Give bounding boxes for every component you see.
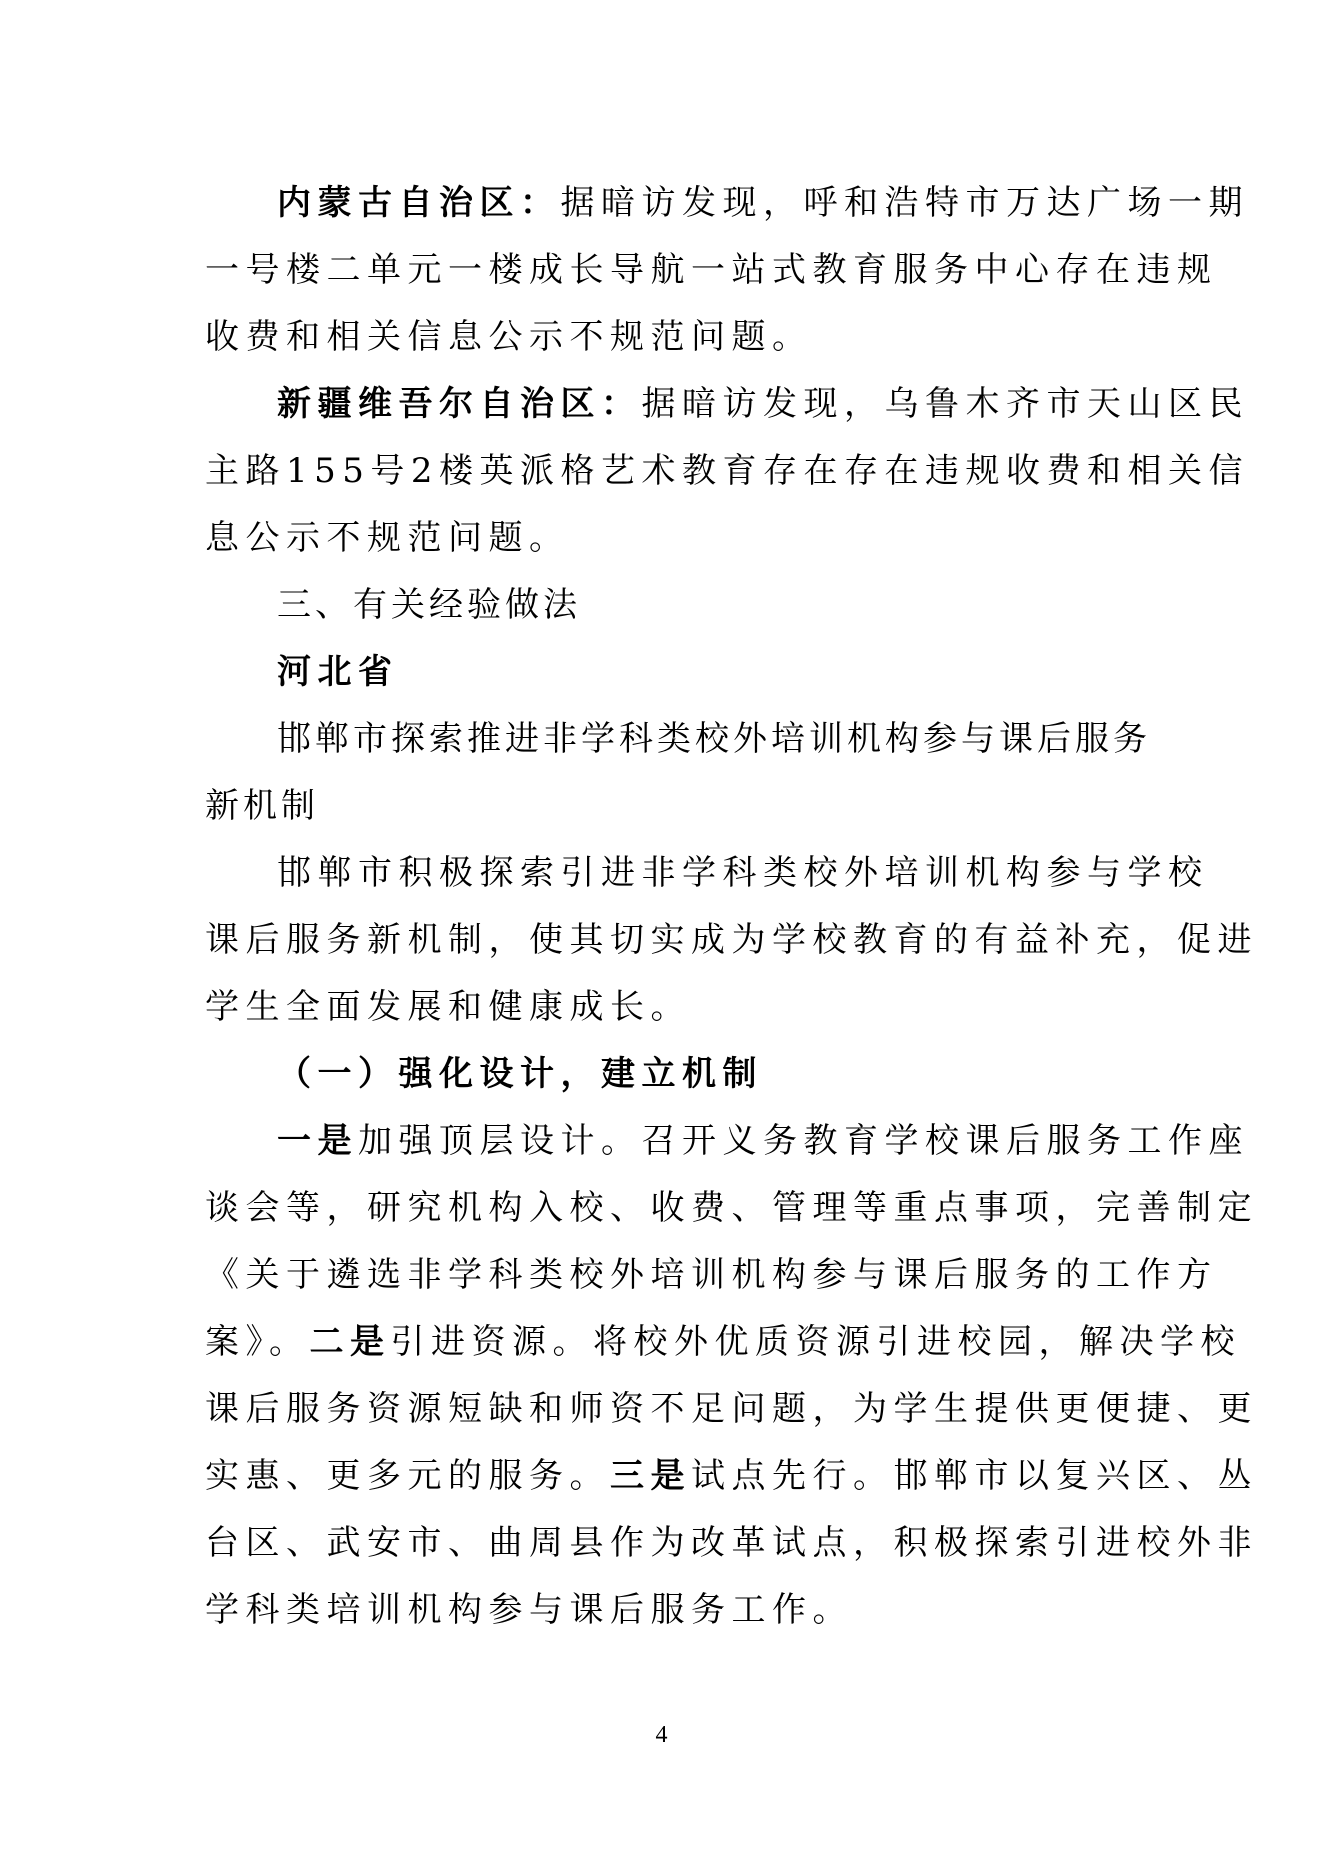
- body-line-6: 实惠、更多元的服务。三是试点先行。邯郸市以复兴区、丛: [205, 1443, 1125, 1510]
- paragraph-xinjiang-line-2: 主路155号2楼英派格艺术教育存在存在违规收费和相关信: [205, 438, 1125, 505]
- subheading-strengthen-design: （一）强化设计，建立机制: [205, 1041, 1125, 1108]
- body-line-7: 台区、武安市、曲周县作为改革试点，积极探索引进校外非: [205, 1510, 1125, 1577]
- body-line-1: 一是加强顶层设计。召开义务教育学校课后服务工作座: [205, 1108, 1125, 1175]
- case-title-line-1: 邯郸市探索推进非学科类校外培训机构参与课后服务: [205, 706, 1125, 773]
- region-label-inner-mongolia: 内蒙古自治区：: [277, 183, 561, 223]
- paragraph-inner-mongolia-line-1: 内蒙古自治区：据暗访发现，呼和浩特市万达广场一期: [205, 170, 1125, 237]
- intro-line-3: 学生全面发展和健康成长。: [205, 974, 1125, 1041]
- page-number: 4: [0, 1722, 1323, 1749]
- body-line-5: 课后服务资源短缺和师资不足问题，为学生提供更便捷、更: [205, 1376, 1125, 1443]
- case-title-line-2: 新机制: [205, 773, 1125, 840]
- intro-line-2: 课后服务新机制，使其切实成为学校教育的有益补充，促进: [205, 907, 1125, 974]
- paragraph-xinjiang-line-1: 新疆维吾尔自治区：据暗访发现，乌鲁木齐市天山区民: [205, 371, 1125, 438]
- body-line-2: 谈会等，研究机构入校、收费、管理等重点事项，完善制定: [205, 1175, 1125, 1242]
- body-line-8: 学科类培训机构参与课后服务工作。: [205, 1577, 1125, 1644]
- paragraph-xinjiang-line-3: 息公示不规范问题。: [205, 505, 1125, 572]
- region-label-xinjiang: 新疆维吾尔自治区：: [277, 384, 642, 424]
- document-page: 内蒙古自治区：据暗访发现，呼和浩特市万达广场一期 一号楼二单元一楼成长导航一站式…: [205, 170, 1125, 1644]
- body-line-3: 《关于遴选非学科类校外培训机构参与课后服务的工作方: [205, 1242, 1125, 1309]
- section-heading-experience: 三、有关经验做法: [205, 572, 1125, 639]
- paragraph-inner-mongolia-line-2: 一号楼二单元一楼成长导航一站式教育服务中心存在违规: [205, 237, 1125, 304]
- paragraph-inner-mongolia-line-3: 收费和相关信息公示不规范问题。: [205, 304, 1125, 371]
- body-line-4: 案》。二是引进资源。将校外优质资源引进校园，解决学校: [205, 1309, 1125, 1376]
- intro-line-1: 邯郸市积极探索引进非学科类校外培训机构参与学校: [205, 840, 1125, 907]
- province-heading: 河北省: [205, 639, 1125, 706]
